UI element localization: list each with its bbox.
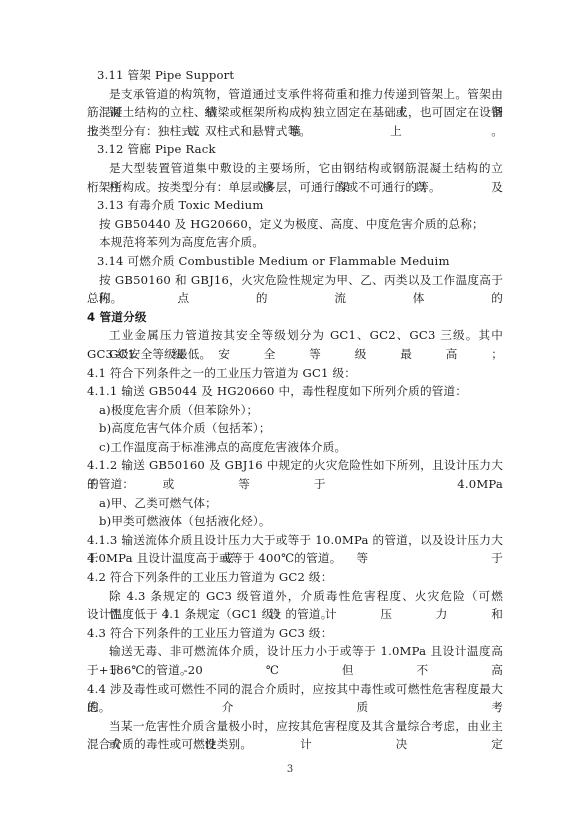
text-line: 4.1.1 输送 GB5044 及 HG20660 中，毒性程度如下所列介质的管… — [87, 382, 503, 401]
text-line: 本规范将苯列为高度危害介质。 — [87, 233, 503, 252]
text-line: 是大型装置管道集中敷设的主要场所，它由钢结构或钢筋混凝土结构的立柱、横梁以及 — [87, 159, 503, 178]
text-line: 3.11 管架 Pipe Support — [87, 66, 503, 85]
text-line: 按 GB50440 及 HG20660，定义为极度、高度、中度危害介质的总称； — [87, 215, 503, 234]
text-line: 4.1.3 输送流体介质且设计压力大于或等于 10.0MPa 的管道，以及设计压… — [87, 531, 503, 550]
section-heading: 4 管道分级 — [87, 308, 503, 327]
text-line: a)极度危害介质（但苯除外）； — [87, 401, 503, 420]
text-line: 4.1.2 输送 GB50160 及 GBJ16 中规定的火灾危险性如下所列，且… — [87, 456, 503, 475]
text-line: 工业金属压力管道按其安全等级划分为 GC1、GC2、GC3 三级。其中 GC1 … — [87, 326, 503, 345]
text-line: 是支承管道的构筑物，管道通过支承件将荷重和推力传递到管架上。管架由钢结构或钢 — [87, 85, 503, 104]
text-line: 4.1 符合下列条件之一的工业压力管道为 GC1 级： — [87, 364, 503, 383]
text-line: 当某一危害性介质含量极小时，应按其危害程度及其含量综合考虑，由业主或设计决定 — [87, 717, 503, 736]
text-line: a)甲、乙类可燃气体； — [87, 494, 503, 513]
text-line: 4.4 涉及毒性或可燃性不同的混合介质时，应按其中毒性或可燃性危害程度最大的介质… — [87, 680, 503, 699]
text-line: 除 4.3 条规定的 GC3 级管道外，介质毒性危害程度、火灾危险（可燃性）、设… — [87, 587, 503, 606]
page-number: 3 — [0, 764, 580, 775]
text-line: 4.2 符合下列条件的工业压力管道为 GC2 级： — [87, 568, 503, 587]
text-line: 4.3 符合下列条件的工业压力管道为 GC3 级： — [87, 624, 503, 643]
text-line: 按 GB50160 和 GBJ16，火灾危险性规定为甲、乙、丙类以及工作温度高于… — [87, 271, 503, 290]
document-page: 3.11 管架 Pipe Support是支承管道的构筑物，管道通过支承件将荷重… — [87, 66, 503, 754]
text-line: 3.13 有毒介质 Toxic Medium — [87, 196, 503, 215]
text-line: b)高度危害气体介质（包括苯）； — [87, 419, 503, 438]
text-line: c)工作温度高于标准沸点的高度危害液体介质。 — [87, 438, 503, 457]
text-line: 桁架所构成。按类型分有：单层或多层，可通行的或不可通行的等。 — [87, 178, 503, 197]
text-line: 筋混凝土结构的立柱、横梁或框架所构成，独立固定在基础上，也可固定在设备上或墙上。 — [87, 103, 503, 122]
text-line: 输送无毒、非可燃流体介质，设计压力小于或等于 1.0MPa 且设计温度高于-20… — [87, 642, 503, 661]
text-line: b)甲类可燃液体（包括液化烃）。 — [87, 512, 503, 531]
text-line: 3.12 管廊 Pipe Rack — [87, 140, 503, 159]
text-line: 3.14 可燃介质 Combustible Medium or Flammabl… — [87, 252, 503, 271]
